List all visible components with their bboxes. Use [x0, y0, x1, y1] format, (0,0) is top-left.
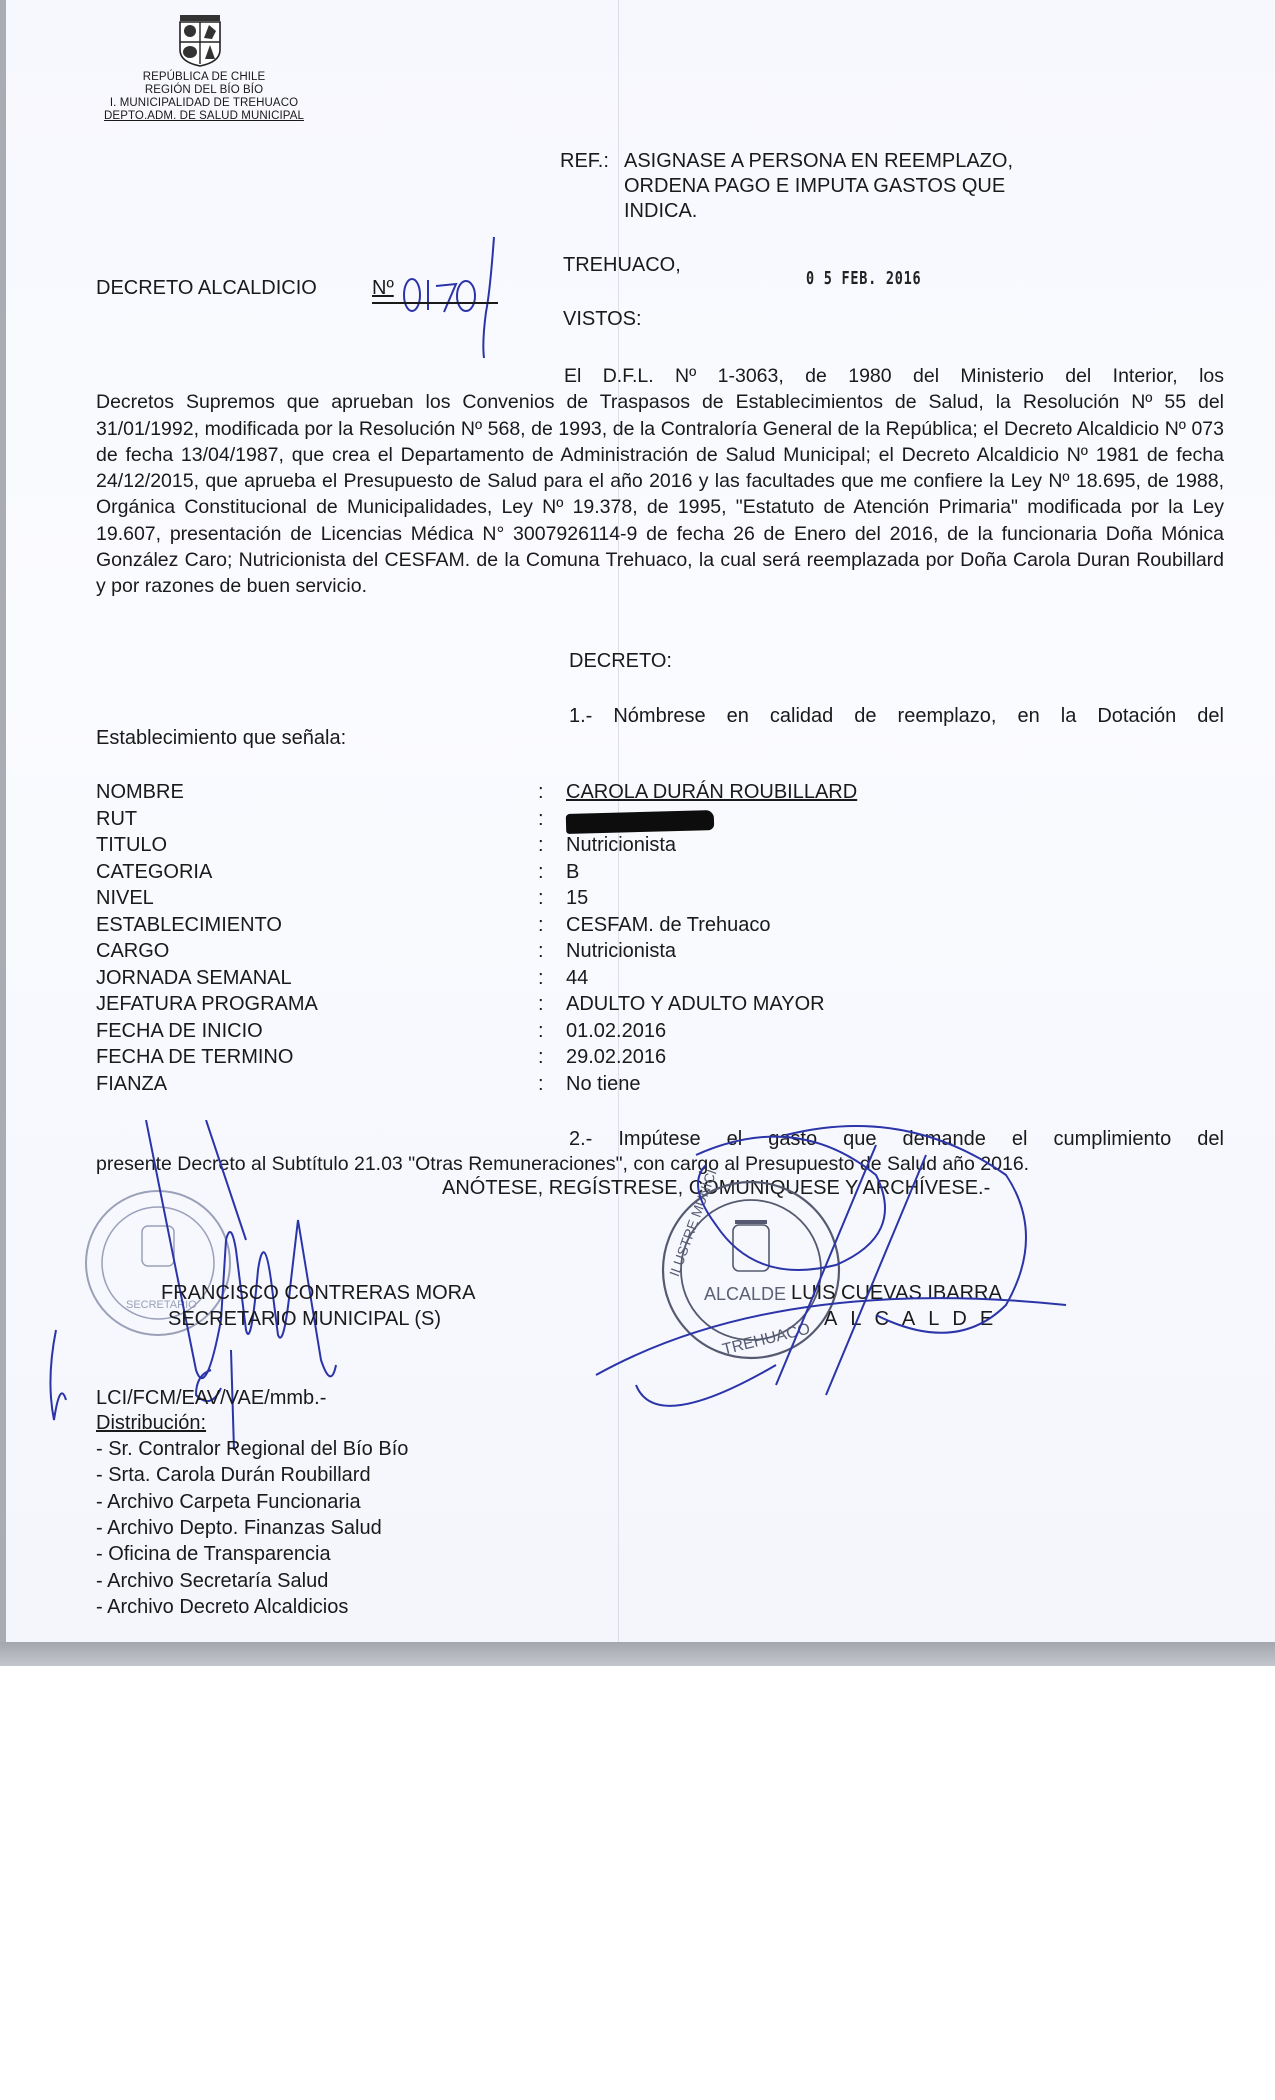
detail-label: NOMBRE	[96, 781, 184, 804]
detail-colon: :	[538, 1020, 544, 1043]
ref-line-2: ORDENA PAGO E IMPUTA GASTOS QUE	[624, 175, 1005, 198]
decreto-label: DECRETO:	[569, 650, 672, 673]
detail-colon: :	[538, 993, 544, 1016]
detail-colon: :	[538, 967, 544, 990]
detail-label: CARGO	[96, 940, 169, 963]
secretary-name: FRANCISCO CONTRERAS MORA	[161, 1282, 475, 1305]
detail-value: CAROLA DURÁN ROUBILLARD	[566, 781, 857, 804]
mayor-signature	[576, 1115, 1096, 1415]
detail-label: FECHA DE TERMINO	[96, 1046, 293, 1069]
decree-number-underline	[372, 302, 498, 304]
detail-colon: :	[538, 887, 544, 910]
document-page: REPÚBLICA DE CHILE REGIÓN DEL BÍO BÍO I.…	[0, 0, 1275, 1642]
detail-value: 29.02.2016	[566, 1046, 666, 1069]
vistos-label: VISTOS:	[563, 308, 642, 331]
municipal-coat-of-arms-icon	[174, 14, 226, 68]
detail-label: ESTABLECIMIENTO	[96, 914, 282, 937]
detail-value: 15	[566, 887, 588, 910]
detail-colon: :	[538, 940, 544, 963]
distribution-item: - Archivo Secretaría Salud	[96, 1570, 328, 1593]
detail-label: FIANZA	[96, 1073, 167, 1096]
distribution-item: - Archivo Depto. Finanzas Salud	[96, 1517, 382, 1540]
detail-colon: :	[538, 861, 544, 884]
vistos-first-line: El D.F.L. Nº 1-3063, de 1980 del Ministe…	[96, 363, 1224, 389]
distribution-item: - Archivo Decreto Alcaldicios	[96, 1596, 348, 1619]
detail-label: JORNADA SEMANAL	[96, 967, 292, 990]
distribution-item: - Archivo Carpeta Funcionaria	[96, 1491, 361, 1514]
initials-reference: LCI/FCM/EAV/VAE/mmb.-	[96, 1387, 326, 1410]
place-label: TREHUACO,	[563, 254, 681, 277]
detail-colon: :	[538, 1073, 544, 1096]
ref-line-1: ASIGNASE A PERSONA EN REEMPLAZO,	[624, 150, 1013, 173]
header-line-region: REGIÓN DEL BÍO BÍO	[54, 84, 354, 97]
detail-colon: :	[538, 834, 544, 857]
distribution-item: - Srta. Carola Durán Roubillard	[96, 1464, 371, 1487]
vistos-paragraph: Decretos Supremos que aprueban los Conve…	[96, 389, 1224, 599]
redacted-rut	[566, 810, 714, 834]
date-stamp: 0 5 FEB. 2016	[806, 268, 921, 289]
distribution-item: - Oficina de Transparencia	[96, 1543, 331, 1566]
detail-value: Nutricionista	[566, 834, 676, 857]
handwritten-decree-number	[398, 232, 508, 362]
decree-label: DECRETO ALCALDICIO	[96, 277, 317, 300]
detail-label: CATEGORIA	[96, 861, 212, 884]
detail-label: TITULO	[96, 834, 167, 857]
detail-label: JEFATURA PROGRAMA	[96, 993, 318, 1016]
detail-value: No tiene	[566, 1073, 641, 1096]
detail-colon: :	[538, 914, 544, 937]
detail-colon: :	[538, 808, 544, 831]
scan-edge	[0, 1642, 1275, 1666]
detail-value: Nutricionista	[566, 940, 676, 963]
detail-label: NIVEL	[96, 887, 154, 910]
ref-line-3: INDICA.	[624, 200, 697, 223]
header-line-department: DEPTO.ADM. DE SALUD MUNICIPAL	[54, 110, 354, 123]
detail-label: RUT	[96, 808, 137, 831]
detail-value: CESFAM. de Trehuaco	[566, 914, 771, 937]
article-1-second-line: Establecimiento que señala:	[96, 727, 346, 750]
detail-value: ADULTO Y ADULTO MAYOR	[566, 993, 825, 1016]
detail-colon: :	[538, 781, 544, 804]
detail-value: 44	[566, 967, 588, 990]
detail-label: FECHA DE INICIO	[96, 1020, 263, 1043]
secretary-title: SECRETARIO MUNICIPAL (S)	[168, 1308, 441, 1331]
header-line-country: REPÚBLICA DE CHILE	[54, 71, 354, 84]
detail-value: B	[566, 861, 579, 884]
distribution-item: - Sr. Contralor Regional del Bío Bío	[96, 1438, 408, 1461]
article-1-first-line: 1.- Nómbrese en calidad de reemplazo, en…	[569, 705, 1224, 728]
detail-colon: :	[538, 1046, 544, 1069]
detail-value: 01.02.2016	[566, 1020, 666, 1043]
distribution-title: Distribución:	[96, 1412, 206, 1435]
ref-label: REF.:	[560, 150, 609, 173]
vistos-body: El D.F.L. Nº 1-3063, de 1980 del Ministe…	[96, 363, 1224, 600]
header-line-municipality: I. MUNICIPALIDAD DE TREHUACO	[54, 97, 354, 110]
